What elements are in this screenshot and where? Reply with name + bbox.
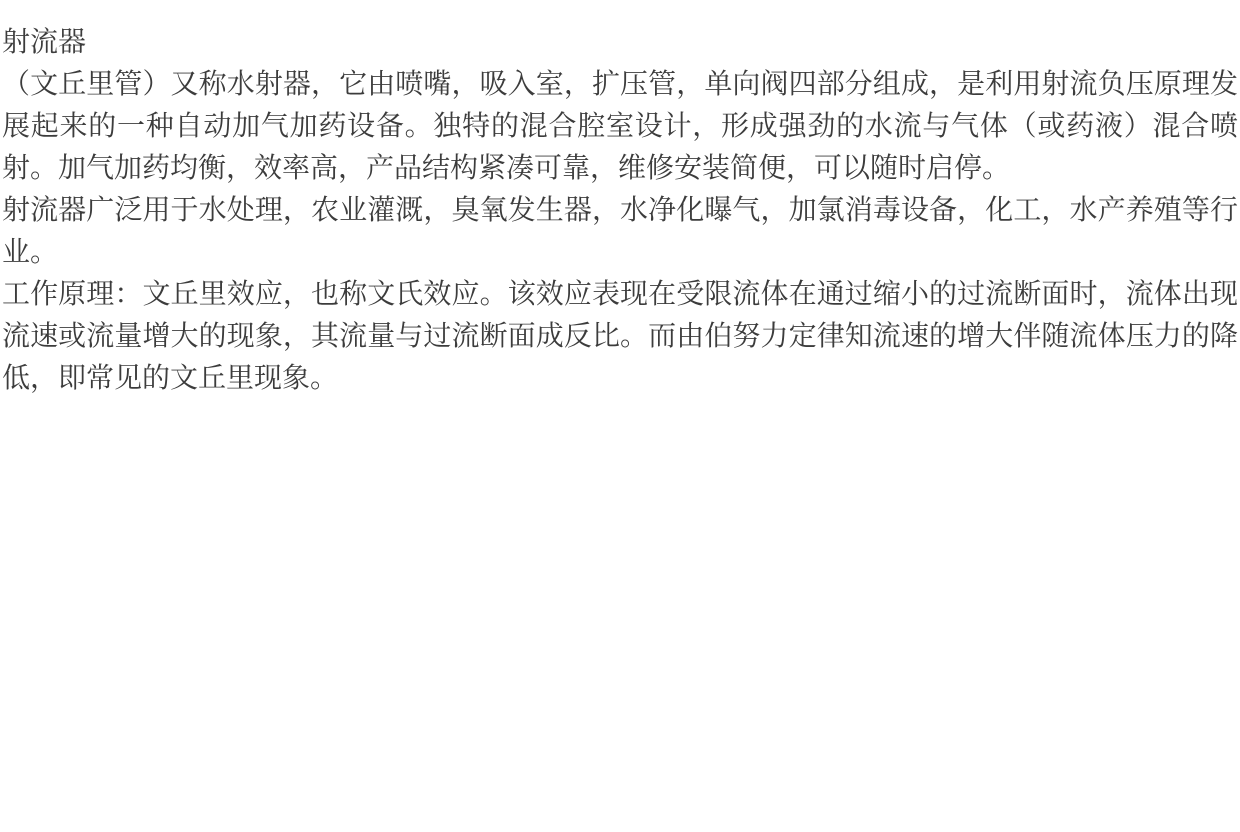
paragraph-description: （文丘里管）又称水射器，它由喷嘴，吸入室，扩压管，单向阀四部分组成，是利用射流负…: [2, 63, 1238, 189]
article-title: 射流器: [2, 21, 1238, 63]
document-page: 射流器 （文丘里管）又称水射器，它由喷嘴，吸入室，扩压管，单向阀四部分组成，是利…: [0, 0, 1240, 832]
paragraph-applications: 射流器广泛用于水处理，农业灌溉，臭氧发生器，水净化曝气，加氯消毒设备，化工，水产…: [2, 189, 1238, 273]
paragraph-working-principle: 工作原理：文丘里效应，也称文氏效应。该效应表现在受限流体在通过缩小的过流断面时，…: [2, 273, 1238, 399]
article-body: 射流器 （文丘里管）又称水射器，它由喷嘴，吸入室，扩压管，单向阀四部分组成，是利…: [2, 21, 1238, 399]
